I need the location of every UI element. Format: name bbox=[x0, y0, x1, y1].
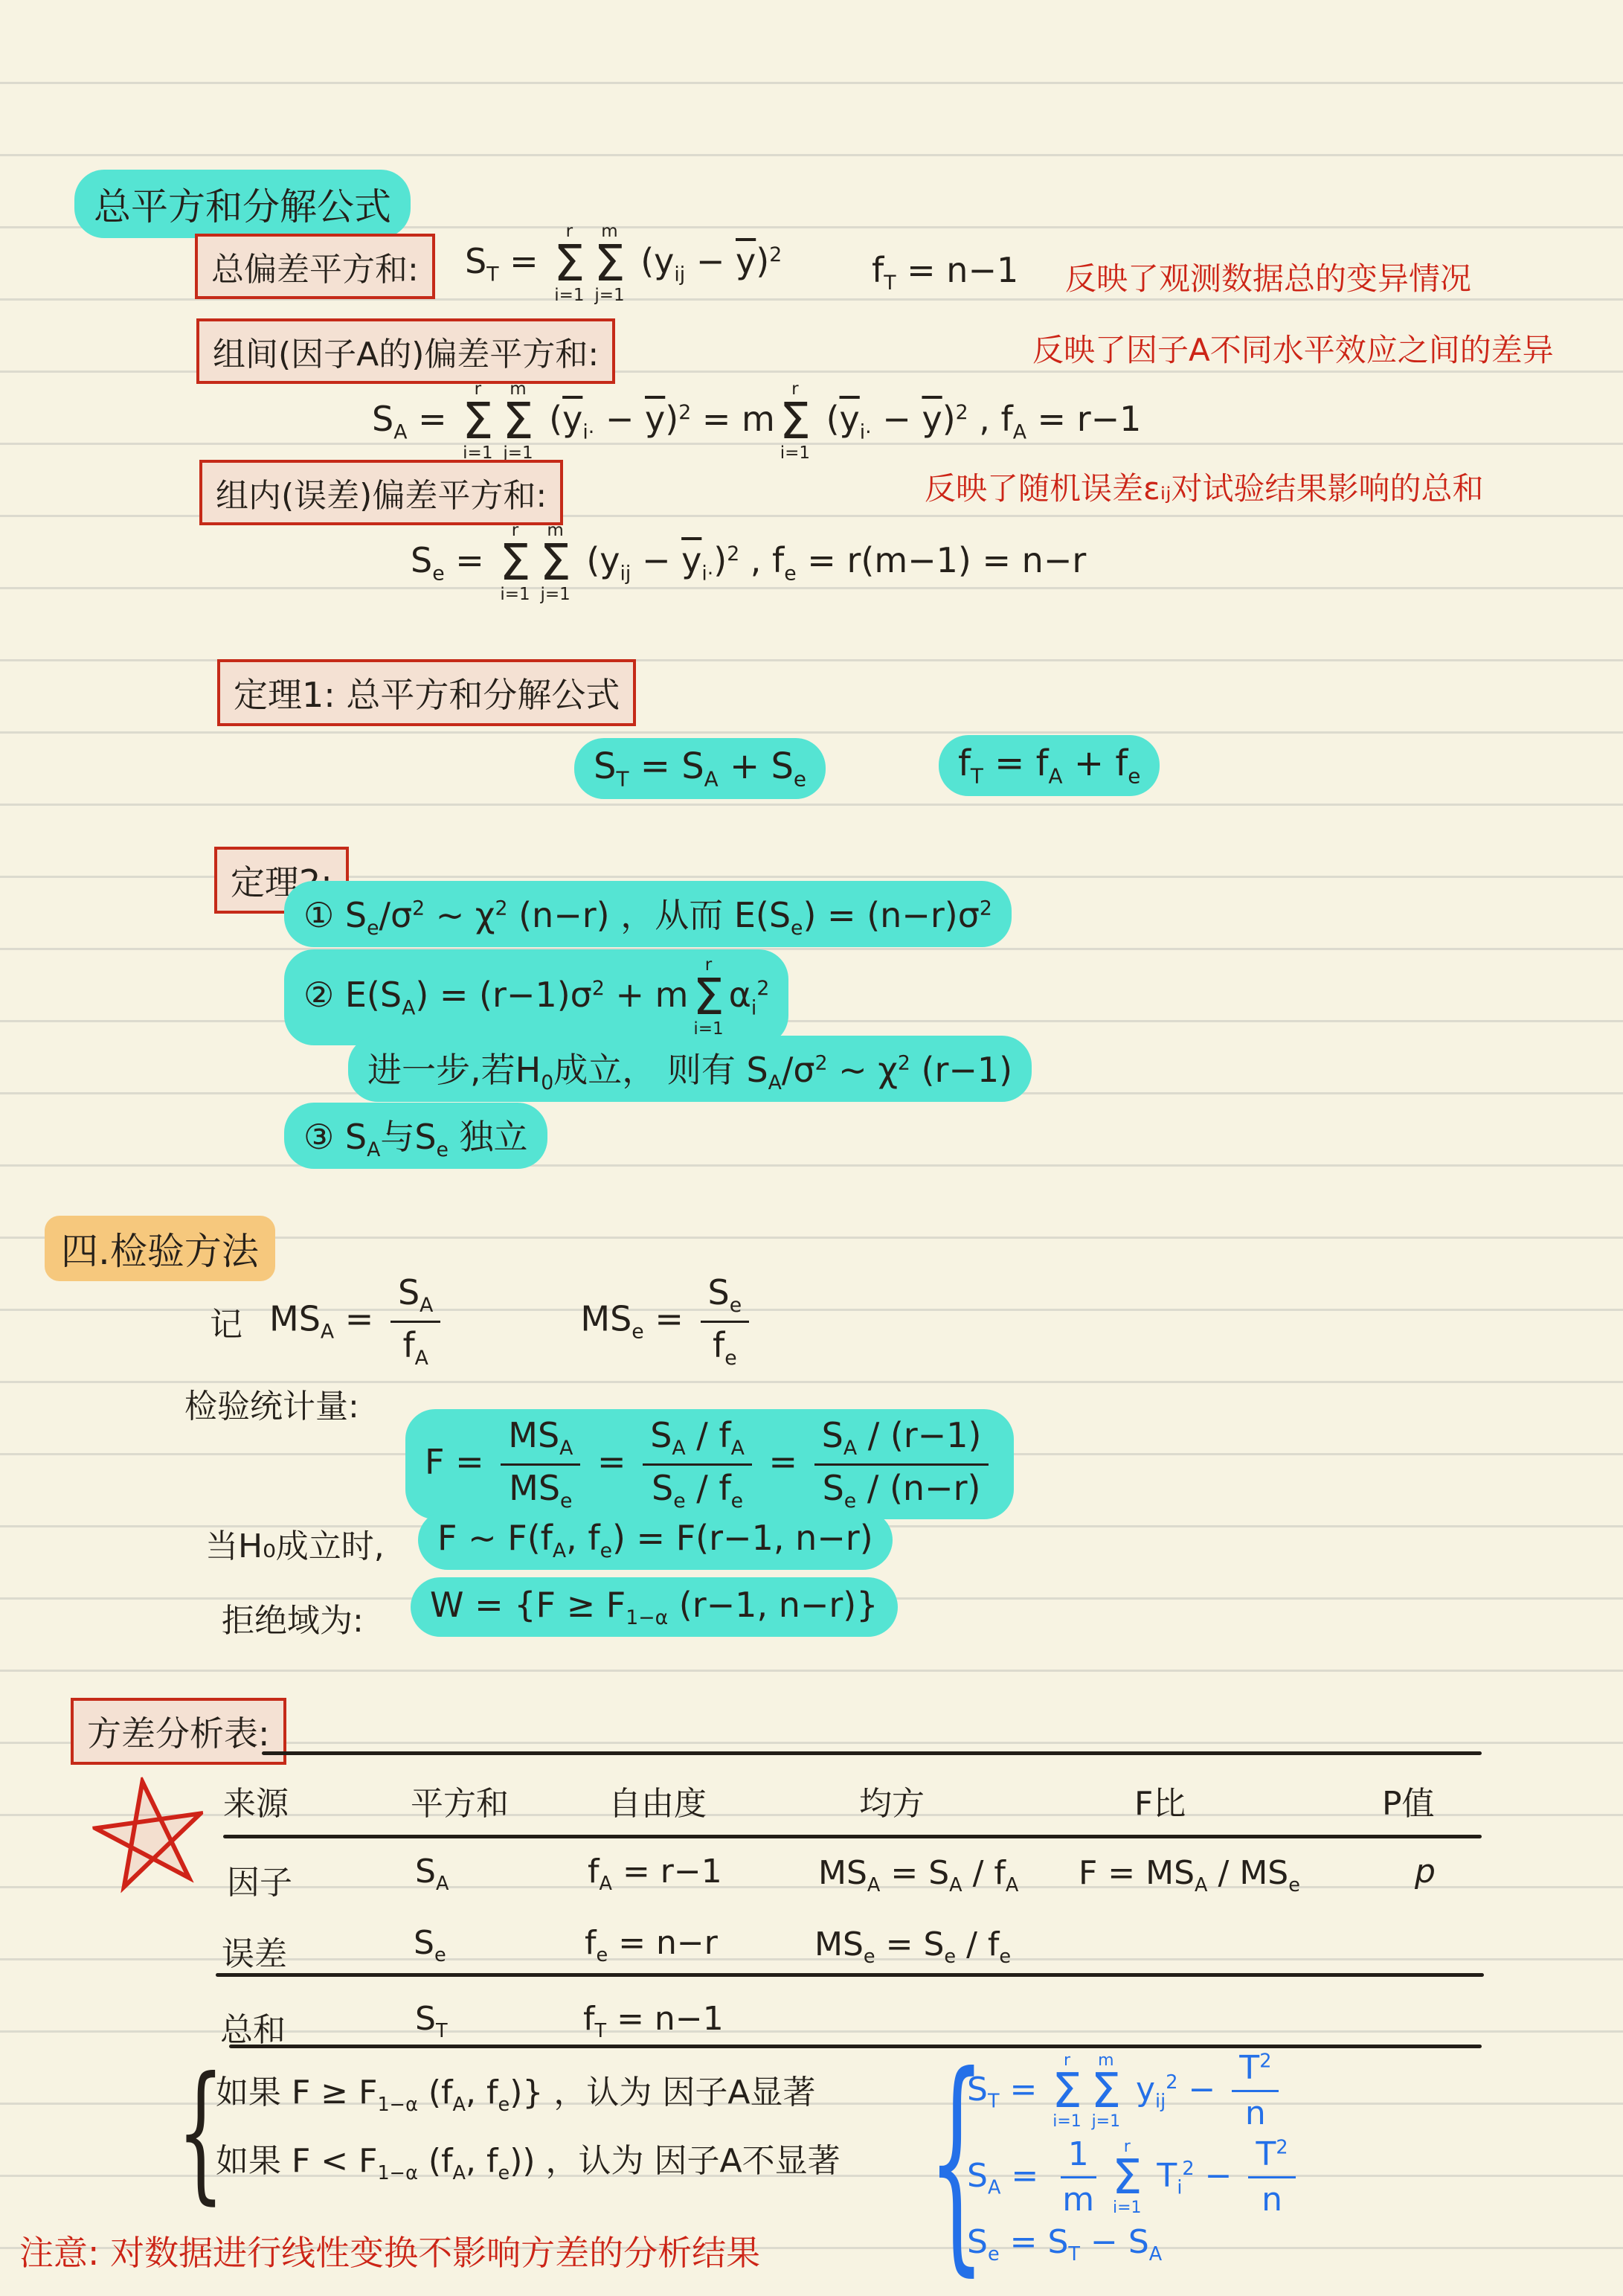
table-row-factor-f: F = MSA / MSe bbox=[1079, 1854, 1300, 1896]
decision-line-significant: 如果 F ≥ F1−α (fA, fe)} ，认为 因子A显著 bbox=[216, 2065, 815, 2116]
within-ss-note: 反映了随机误差εᵢⱼ对试验结果影响的总和 bbox=[925, 464, 1484, 509]
test-statistic-label: 检验统计量: bbox=[184, 1379, 359, 1427]
table-top-rule bbox=[262, 1751, 1482, 1755]
decision-line-not-significant: 如果 F < F1−α (fA, fe)) ，认为 因子A不显著 bbox=[216, 2134, 841, 2184]
total-ss-label: 总偏差平方和: bbox=[195, 234, 435, 299]
table-header-pvalue: P值 bbox=[1382, 1777, 1435, 1824]
between-ss-formula: SA = rΣi=1mΣj=1 (yi· − y)2 = mrΣi=1 (yi·… bbox=[372, 381, 1141, 462]
shortcut-st-formula: ST = rΣi=1mΣj=1 yij2 − T2n bbox=[967, 2050, 1285, 2132]
between-ss-note: 反映了因子A不同水平效应之间的差异 bbox=[1032, 326, 1554, 371]
table-row-factor-df: fA = r−1 bbox=[588, 1853, 722, 1895]
table-mid-rule bbox=[216, 1973, 1484, 1977]
footer-note: 注意: 对数据进行线性变换不影响方差的分析结果 bbox=[19, 2226, 760, 2275]
h0-condition-label: 当H₀成立时, bbox=[205, 1519, 385, 1567]
mse-definition: MSe = Sefe bbox=[580, 1274, 755, 1369]
star-icon bbox=[86, 1769, 212, 1895]
theorem1-sum-identity: ST = SA + Se bbox=[574, 738, 826, 799]
theorem2-item2: ② E(SA) = (r−1)σ2 + mrΣi=1αi2 bbox=[284, 949, 788, 1045]
notebook-page: 总平方和分解公式 总偏差平方和: ST = rΣi=1mΣj=1 (yij − … bbox=[0, 0, 1623, 2296]
table-row-factor-ss: SA bbox=[415, 1853, 449, 1895]
table-header-fratio: F比 bbox=[1134, 1777, 1186, 1824]
table-row-total-source: 总和 bbox=[220, 2003, 286, 2050]
table-row-error-df: fe = n−r bbox=[585, 1924, 718, 1966]
mean-square-definitions: 记 MSA = SAfA MSe = Sefe bbox=[210, 1274, 755, 1369]
table-row-total-ss: ST bbox=[415, 2000, 448, 2042]
table-header-rule bbox=[223, 1835, 1482, 1838]
define-prefix: 记 bbox=[210, 1298, 242, 1345]
theorem1-df-identity: fT = fA + fe bbox=[939, 735, 1160, 796]
table-bottom-rule bbox=[229, 2045, 1482, 2048]
page-title: 总平方和分解公式 bbox=[74, 170, 411, 238]
table-row-error-ms: MSe = Se / fe bbox=[814, 1925, 1011, 1968]
rejection-region-label: 拒绝域为: bbox=[222, 1594, 364, 1641]
total-ss-df: fT = n−1 bbox=[872, 250, 1018, 295]
within-ss-label: 组内(误差)偏差平方和: bbox=[199, 460, 563, 525]
between-ss-label: 组间(因子A的)偏差平方和: bbox=[196, 318, 615, 384]
shortcut-se-formula: Se = ST − SA bbox=[967, 2223, 1162, 2265]
table-header-source: 来源 bbox=[223, 1777, 289, 1824]
total-ss-note: 反映了观测数据总的变异情况 bbox=[1065, 254, 1471, 299]
theorem2-item1: ① Se/σ2 ∼ χ2 (n−r) ，从而 E(Se) = (n−r)σ2 bbox=[284, 881, 1012, 947]
msa-definition: MSA = SAfA bbox=[269, 1274, 446, 1369]
table-row-error-source: 误差 bbox=[222, 1927, 287, 1975]
table-header-df: 自由度 bbox=[608, 1777, 707, 1824]
table-row-factor-p: p bbox=[1415, 1853, 1436, 1891]
table-header-ms: 均方 bbox=[859, 1777, 925, 1824]
f-statistic-formula: F = MSAMSe = SA / fASe / fe = SA / (r−1)… bbox=[405, 1409, 1014, 1519]
within-ss-formula: Se = rΣi=1mΣj=1 (yij − yi·)2 , fe = r(m−… bbox=[411, 522, 1086, 603]
table-row-factor-source: 因子 bbox=[227, 1856, 292, 1903]
theorem2-item2-more: 进一步,若H0成立， 则有 SA/σ2 ∼ χ2 (r−1) bbox=[348, 1036, 1032, 1102]
table-header-ss: 平方和 bbox=[411, 1777, 509, 1824]
total-ss-formula: ST = rΣi=1mΣj=1 (yij − y)2 bbox=[465, 223, 782, 304]
section-heading-test-method: 四.检验方法 bbox=[45, 1216, 275, 1281]
theorem2-item3: ③ SA与Se 独立 bbox=[284, 1103, 547, 1169]
table-row-total-df: fT = n−1 bbox=[583, 2000, 724, 2042]
table-row-error-ss: Se bbox=[414, 1924, 446, 1966]
f-distribution: F ∼ F(fA, fe) = F(r−1, n−r) bbox=[418, 1510, 893, 1570]
table-row-factor-ms: MSA = SA / fA bbox=[818, 1854, 1018, 1896]
rejection-region-formula: W = {F ≥ F1−α (r−1, n−r)} bbox=[411, 1577, 898, 1637]
theorem1-label: 定理1: 总平方和分解公式 bbox=[217, 659, 636, 726]
shortcut-sa-formula: SA = 1mrΣi=1 Ti2 − T2n bbox=[967, 2137, 1302, 2219]
anova-table-title: 方差分析表: bbox=[71, 1698, 286, 1765]
